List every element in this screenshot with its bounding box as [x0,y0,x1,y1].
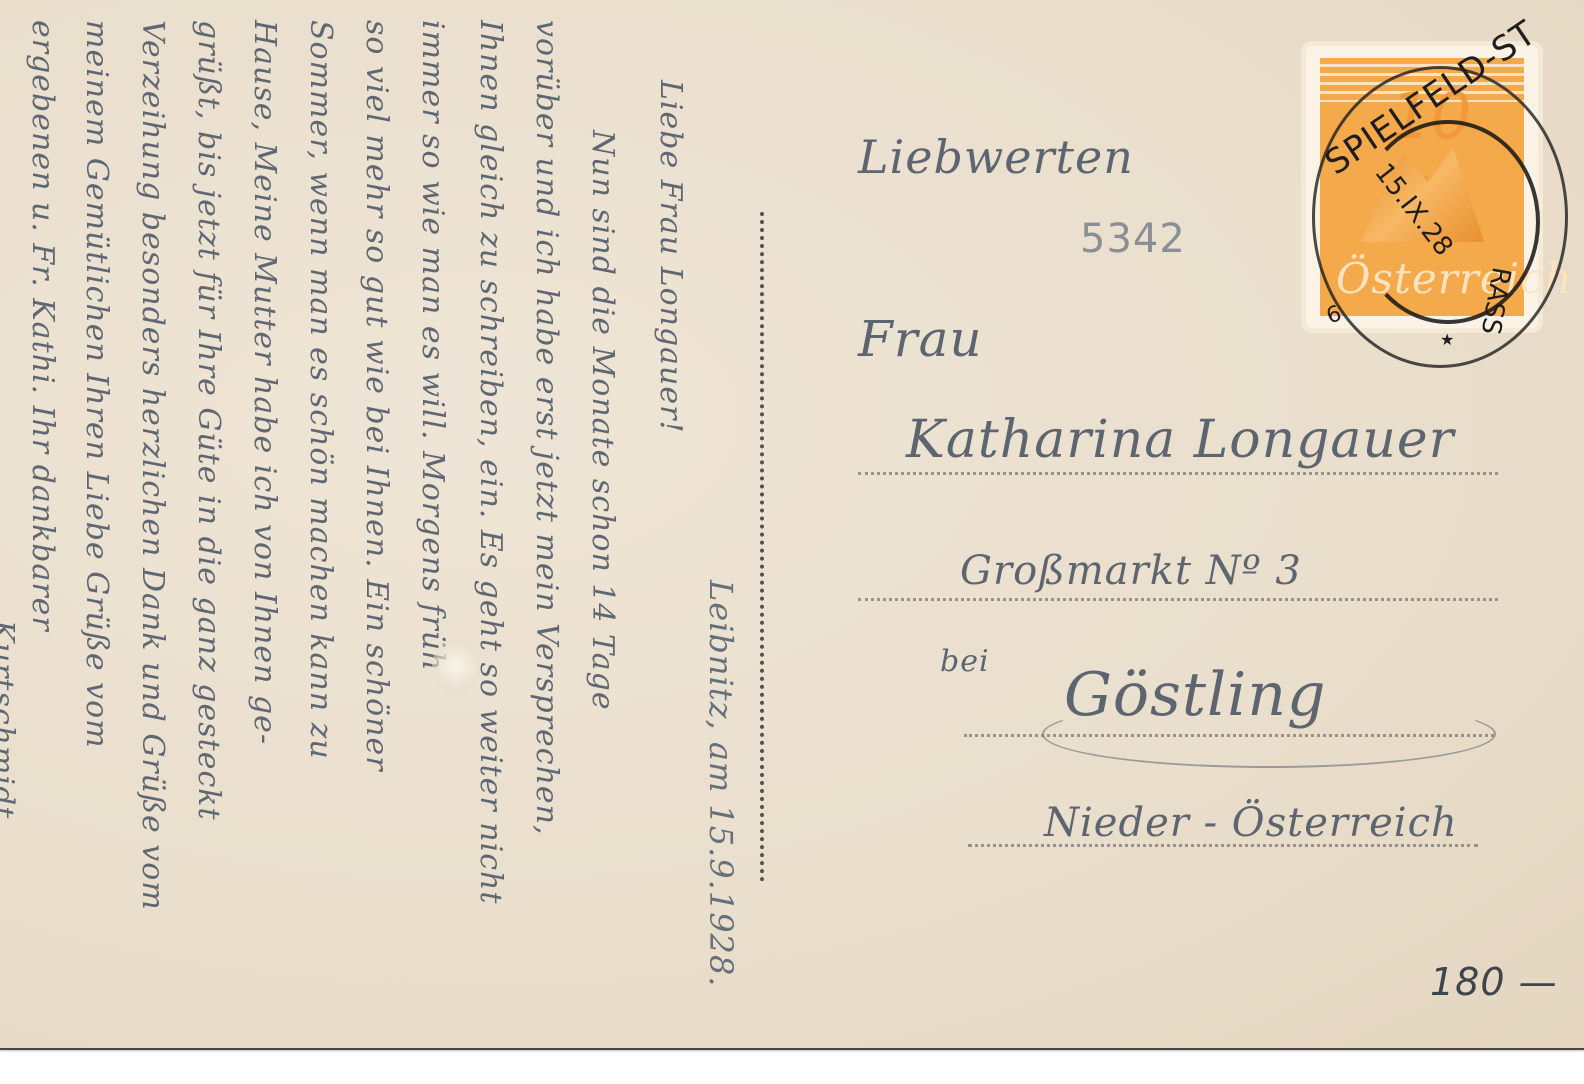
postcard-back: Leibnitz, am 15.9.1928. Liebe Frau Longa… [0,0,1584,1050]
address-salutation: Liebwerten [858,130,1134,184]
archive-number: 5342 [1080,216,1186,262]
address-region: Nieder - Österreich [1044,800,1458,846]
message-line: so viel mehr so gut wie bei Ihnen. Ein s… [359,20,394,772]
message-place-date: Leibnitz, am 15.9.1928. [702,580,740,987]
message-line: grüßt, bis jetzt für Ihre Güte in die ga… [191,20,226,821]
message-line: Nun sind die Monate schon 14 Tage [585,130,620,711]
message-line: ergebenen u. Fr. Kathi. Ihr dankbarer [25,20,60,632]
address-street: Großmarkt Nº 3 [960,548,1302,594]
address-line-4 [968,844,1478,847]
address-line-3 [964,734,1494,737]
message-line: Sommer, wenn man es schön machen kann zu [303,20,338,760]
message-line: meinem Gemütlichen Ihren Liebe Grüße vom [79,20,114,749]
address-by-label: bei [940,644,990,679]
message-line: Hause, Meine Mutter habe ich von Ihnen g… [247,20,282,745]
message-line: Verzeihung besonders herzlichen Dank und… [135,20,170,911]
paper-stain [432,640,480,692]
address-line-2 [858,598,1498,601]
message-line: immer so wie man es will. Morgens früh [415,20,450,672]
postmark-star-icon: ★ [1440,330,1454,349]
message-section: Leibnitz, am 15.9.1928. Liebe Frau Longa… [0,20,760,1060]
address-recipient-name: Katharina Longauer [906,410,1455,470]
message-greeting: Liebe Frau Longauer! [653,80,688,434]
price-annotation: 180 — [1430,960,1558,1004]
message-line: Ihnen gleich zu schreiben, ein. Es geht … [473,20,508,904]
center-divider [760,212,764,882]
address-line-1 [858,472,1498,475]
address-title: Frau [858,310,983,368]
message-line: Kurtschmidt. [0,620,20,830]
message-line: vorüber und ich habe erst jetzt mein Ver… [529,20,564,836]
